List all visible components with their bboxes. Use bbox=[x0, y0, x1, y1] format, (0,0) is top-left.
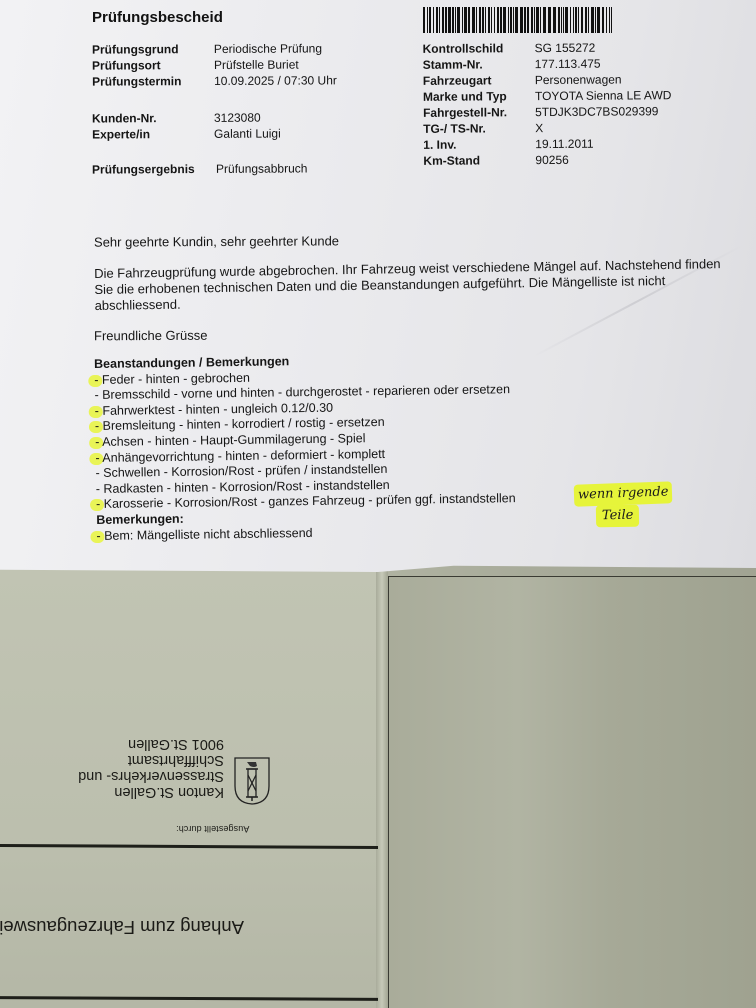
inspection-letter: Prüfungsbescheid PrüfungsgrundPeriodisch… bbox=[0, 0, 756, 572]
expert-row: Experte/inGalanti Luigi bbox=[92, 126, 281, 143]
vehicle-info-row: Stamm-Nr.177.113.475 bbox=[423, 55, 672, 73]
issued-by-label: Ausgestellt durch: bbox=[176, 824, 249, 834]
exam-location-value: Prüfstelle Buriet bbox=[214, 57, 299, 73]
authority-line: 9001 St.Gallen bbox=[84, 736, 224, 752]
cover-right-panel bbox=[388, 576, 756, 1008]
vehicle-info: KontrollschildSG 155272 Stamm-Nr.177.113… bbox=[423, 39, 672, 169]
authority-line: Strassenverkehrs- und bbox=[84, 768, 224, 784]
vehicle-info-row: TG-/ TS-Nr.X bbox=[423, 119, 672, 137]
handwritten-line: wenn irgende bbox=[573, 481, 672, 506]
exam-result-value: Prüfungsabbruch bbox=[216, 160, 307, 176]
annex-title: Anhang zum Fahrzeugausweis bbox=[0, 916, 280, 938]
handwritten-line: Teile bbox=[596, 505, 640, 528]
customer-number-value: 3123080 bbox=[214, 110, 261, 126]
vehicle-info-row: KontrollschildSG 155272 bbox=[423, 39, 672, 57]
exam-reason-row: PrüfungsgrundPeriodische Prüfung bbox=[92, 40, 337, 57]
customer-number-row: Kunden-Nr.3123080 bbox=[92, 110, 281, 127]
exam-date-row: Prüfungstermin10.09.2025 / 07:30 Uhr bbox=[92, 72, 337, 89]
vehicle-info-row: FahrzeugartPersonenwagen bbox=[423, 71, 672, 89]
vehicle-info-row: Km-Stand90256 bbox=[423, 151, 672, 169]
letter-body: Die Fahrzeugprüfung wurde abgebrochen. I… bbox=[94, 256, 735, 314]
exam-location-row: PrüfungsortPrüfstelle Buriet bbox=[92, 56, 337, 73]
cover-fold bbox=[376, 570, 388, 1008]
exam-date-value: 10.09.2025 / 07:30 Uhr bbox=[214, 72, 337, 89]
exam-info: PrüfungsgrundPeriodische Prüfung Prüfung… bbox=[92, 40, 337, 89]
closing: Freundliche Grüsse bbox=[94, 328, 208, 344]
document-title: Prüfungsbescheid bbox=[92, 9, 223, 26]
st-gallen-crest-icon bbox=[232, 756, 272, 806]
authority-line: Kanton St.Gallen bbox=[84, 784, 224, 800]
salutation: Sehr geehrte Kundin, sehr geehrter Kunde bbox=[94, 233, 339, 249]
barcode bbox=[423, 7, 617, 33]
issuing-authority: Kanton St.Gallen Strassenverkehrs- und S… bbox=[84, 736, 224, 800]
defects-list: - Feder - hinten - gebrochen- Bremsschil… bbox=[94, 367, 516, 513]
exam-result: PrüfungsergebnisPrüfungsabbruch bbox=[92, 160, 307, 177]
expert-value: Galanti Luigi bbox=[214, 126, 281, 142]
authority-line: Schifffahrtsamt bbox=[84, 752, 224, 768]
vehicle-info-row: Marke und TypTOYOTA Sienna LE AWD bbox=[423, 87, 672, 105]
vehicle-info-row: Fahrgestell-Nr.5TDJK3DC7BS029399 bbox=[423, 103, 672, 121]
customer-info: Kunden-Nr.3123080 Experte/inGalanti Luig… bbox=[92, 110, 281, 143]
exam-reason-value: Periodische Prüfung bbox=[214, 40, 322, 57]
defects-section: Beanstandungen / Bemerkungen - Feder - h… bbox=[94, 351, 516, 544]
vehicle-info-row: 1. Inv.19.11.2011 bbox=[423, 135, 672, 153]
handwritten-note: wenn irgende Teile bbox=[548, 483, 698, 527]
